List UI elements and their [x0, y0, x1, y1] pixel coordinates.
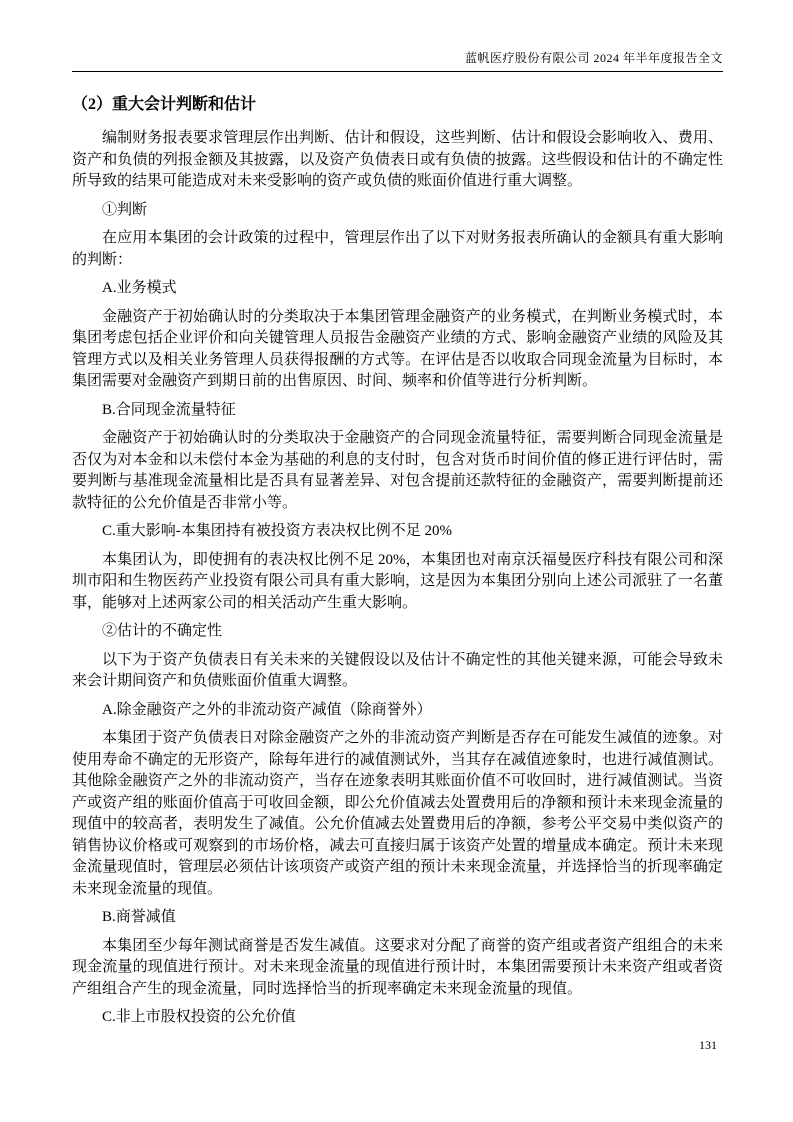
paragraph-intro: 编制财务报表要求管理层作出判断、估计和假设，这些判断、估计和假设会影响收入、费用… — [72, 128, 723, 193]
subheading-goodwill-impairment: B.商誉减值 — [72, 907, 723, 929]
subheading-unlisted-equity-fair-value: C.非上市股权投资的公允价值 — [72, 1007, 723, 1029]
report-header-title: 蓝帆医疗股份有限公司 2024 年半年度报告全文 — [72, 50, 723, 66]
page-header: 蓝帆医疗股份有限公司 2024 年半年度报告全文 — [72, 50, 723, 72]
subheading-judgement: ①判断 — [72, 200, 723, 222]
paragraph-estimate-uncertainty: 以下为于资产负债表日有关未来的关键假设以及估计不确定性的其他关键来源，可能会导致… — [72, 650, 723, 693]
paragraph-cash-flow: 金融资产于初始确认时的分类取决于金融资产的合同现金流量特征，需要判断合同现金流量… — [72, 428, 723, 514]
paragraph-business-model: 金融资产于初始确认时的分类取决于本集团管理金融资产的业务模式，在判断业务模式时，… — [72, 307, 723, 393]
subheading-cash-flow: B.合同现金流量特征 — [72, 400, 723, 422]
section-heading: （2）重大会计判断和估计 — [72, 94, 723, 116]
paragraph-goodwill-impairment: 本集团至少每年测试商誉是否发生减值。这要求对分配了商誉的资产组或者资产组组合的未… — [72, 936, 723, 1001]
paragraph-noncurrent-impairment: 本集团于资产负债表日对除金融资产之外的非流动资产判断是否存在可能发生减值的迹象。… — [72, 728, 723, 900]
page-number: 131 — [699, 1038, 717, 1053]
paragraph-judgement-intro: 在应用本集团的会计政策的过程中，管理层作出了以下对财务报表所确认的金额具有重大影… — [72, 228, 723, 271]
subheading-estimate-uncertainty: ②估计的不确定性 — [72, 621, 723, 643]
report-page: 蓝帆医疗股份有限公司 2024 年半年度报告全文 （2）重大会计判断和估计 编制… — [0, 0, 793, 1122]
subheading-significant-influence: C.重大影响-本集团持有被投资方表决权比例不足 20% — [72, 521, 723, 543]
paragraph-significant-influence: 本集团认为，即使拥有的表决权比例不足 20%，本集团也对南京沃福曼医疗科技有限公… — [72, 550, 723, 615]
subheading-business-model: A.业务模式 — [72, 278, 723, 300]
subheading-noncurrent-impairment: A.除金融资产之外的非流动资产减值（除商誉外） — [72, 700, 723, 722]
header-divider — [72, 71, 723, 72]
